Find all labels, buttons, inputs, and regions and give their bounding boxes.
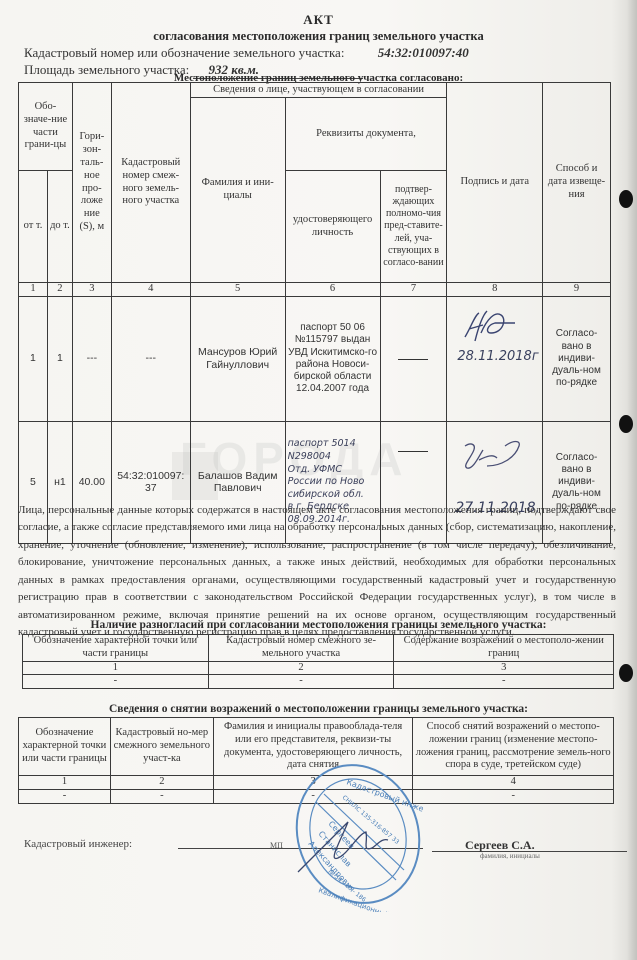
- cell-to: 1: [47, 296, 72, 421]
- header-boundary-part: Обо-значе-ние части грани-цы: [19, 83, 73, 171]
- col-number: 1: [23, 661, 209, 675]
- cell-notice-method: Согласо-вано в индиви-дуаль-ном по-рядке: [543, 296, 611, 421]
- hand-line: паспорт 5014: [288, 438, 378, 451]
- col-number: 1: [19, 776, 111, 790]
- disagreements-table: Обозначение характерной точки или части …: [22, 634, 614, 689]
- cell-full-name: Мансуров Юрий Гайнуллович: [190, 296, 285, 421]
- hand-line: N298004: [288, 451, 378, 464]
- dash-mark: [398, 451, 428, 452]
- cell-value: -: [208, 675, 394, 689]
- cell-value: -: [19, 789, 111, 803]
- dash-mark: [398, 359, 428, 360]
- cell-adjacent-cadastral: ---: [111, 296, 190, 421]
- header-horizontal: Гори-зон-таль-ное про-ложе ние (S), м: [72, 83, 111, 283]
- signature-icon: [457, 436, 527, 476]
- col-number: 1: [19, 283, 48, 297]
- col-number: 6: [285, 283, 380, 297]
- header-objections: Содержание возражений о местополо-жении …: [394, 635, 614, 662]
- col-number: 9: [543, 283, 611, 297]
- col-number: 3: [394, 661, 614, 675]
- table-row: 1 1 --- --- Мансуров Юрий Гайнуллович па…: [19, 296, 611, 421]
- header-full-name: Фамилия и ини-циалы: [190, 98, 285, 283]
- objections-caption: Сведения о снятии возражений о местополо…: [0, 703, 637, 715]
- binder-hole: [619, 190, 633, 208]
- header-notice-method: Способ и дата извеще-ния: [543, 83, 611, 283]
- engineer-name-caption: фамилия, инициалы: [480, 852, 540, 860]
- cell-value: -: [413, 789, 614, 803]
- header-to: до т.: [47, 171, 72, 283]
- engineer-label: Кадастровый инженер:: [24, 838, 132, 850]
- header-identity-doc: удостоверяющего личность: [285, 171, 380, 283]
- col-number: 4: [413, 776, 614, 790]
- cell-from: 1: [19, 296, 48, 421]
- cell-value: -: [23, 675, 209, 689]
- boundary-agreement-table: Обо-значе-ние части грани-цы Гори-зон-та…: [18, 82, 611, 544]
- cadastral-value: 54:32:010097:40: [378, 45, 469, 60]
- signature-icon: [461, 307, 521, 345]
- header-doc-requisites: Реквизиты документа,: [285, 98, 447, 171]
- disagreements-caption: Наличие разногласий при согласовании мес…: [0, 619, 637, 631]
- cadastral-number-row: Кадастровый номер или обозначение земель…: [24, 45, 469, 61]
- header-point: Обозначение характерной точки или части …: [19, 718, 111, 776]
- cell-horizontal: ---: [72, 296, 111, 421]
- binder-hole: [619, 664, 633, 682]
- binder-hole: [619, 415, 633, 433]
- header-signature-date: Подпись и дата: [447, 83, 543, 283]
- col-number: 2: [110, 776, 213, 790]
- header-removal-method: Способ снятий возражений о местопо-ложен…: [413, 718, 614, 776]
- col-number: 4: [111, 283, 190, 297]
- document-page: ГОРОДА АКТ согласования местоположения г…: [0, 0, 637, 960]
- header-adjacent-cadastral: Кадастровый номер смеж-ного земель-ного …: [111, 83, 190, 283]
- header-from: от т.: [19, 171, 48, 283]
- cell-value: -: [394, 675, 614, 689]
- hand-line: сибирской обл.: [288, 489, 378, 502]
- header-authority-doc: подтвер-ждающих полномо-чия пред-ставите…: [380, 171, 447, 283]
- col-number: 3: [72, 283, 111, 297]
- seal-label: МП: [270, 841, 283, 850]
- header-point: Обозначение характерной точки или части …: [23, 635, 209, 662]
- header-person-info: Сведения о лице, участвующем в согласова…: [190, 83, 447, 98]
- col-number: 5: [190, 283, 285, 297]
- engineer-stamp-icon: Кадастровый инженер СНИЛС 135-316-857 33…: [288, 762, 423, 912]
- col-number: 2: [47, 283, 72, 297]
- cell-value: -: [110, 789, 213, 803]
- table-row: - - -: [23, 675, 614, 689]
- hand-line: России по Ново: [288, 476, 378, 489]
- header-adjacent-cadastral: Кадастровый номер смежного зе-мельного у…: [208, 635, 394, 662]
- hand-line: Отд. УФМС: [288, 464, 378, 477]
- cell-authority-doc: [380, 296, 447, 421]
- cadastral-label: Кадастровый номер или обозначение земель…: [24, 45, 344, 60]
- col-number: 2: [208, 661, 394, 675]
- svg-text:Квалификационный аттестат: Квалификационный аттестат: [317, 886, 423, 912]
- header-adjacent-cadastral: Кадастровый но-мер смежного земельного у…: [110, 718, 213, 776]
- cell-signature-date: 28.11.2018г: [447, 296, 543, 421]
- page-edge-shadow: [627, 0, 637, 960]
- document-title: АКТ: [0, 12, 637, 28]
- col-number: 7: [380, 283, 447, 297]
- cell-identity-doc: паспорт 50 06 №115797 выдан УВД Искитимс…: [285, 296, 380, 421]
- col-number: 8: [447, 283, 543, 297]
- signature-date-text: 28.11.2018г: [457, 349, 538, 365]
- document-subtitle: согласования местоположения границ земел…: [0, 29, 637, 44]
- engineer-name: Сергеев С.А.: [465, 838, 535, 853]
